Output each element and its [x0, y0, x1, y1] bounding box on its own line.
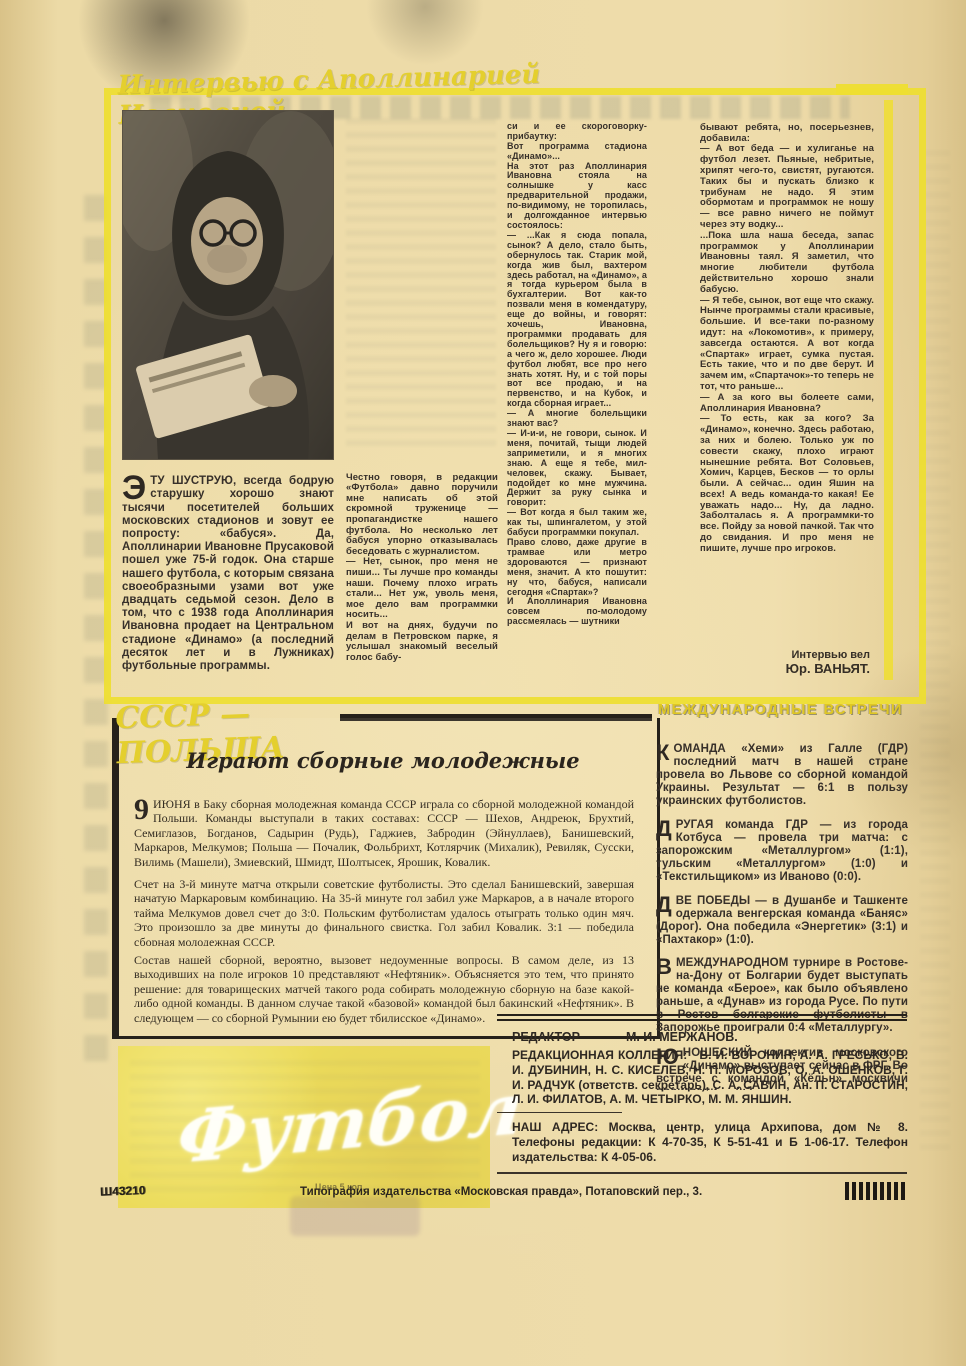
international-item-2: ДРУГАЯ команда ГДР — из города Котбуса —…: [656, 806, 908, 884]
dropcap-d2: Д: [656, 895, 672, 915]
interview-text-4: бывают ребята, но, посерьезнев, добавила…: [700, 122, 874, 554]
title-dash: [836, 84, 908, 95]
interview-text-3: си и ее скороговорку-прибаутку: Вот прог…: [507, 121, 647, 626]
international-item-4: ВМЕЖДУНАРОДНОМ турнире в Ростове-на-Дону…: [656, 944, 908, 1036]
international-title: МЕЖДУНАРОДНЫЕ ВСТРЕЧИ: [658, 702, 910, 718]
editorial-board: РЕДАКЦИОННАЯ КОЛЛЕГИЯ: В. И. ВОРОНИН, А.…: [512, 1048, 908, 1110]
dropcap-v: В: [656, 957, 672, 977]
editor-label: РЕДАКТОР: [512, 1030, 580, 1044]
intl-text-2: РУГАЯ команда ГДР — из города Котбуса — …: [656, 819, 908, 883]
masthead-rule-bottom: [497, 1172, 907, 1174]
interview-column-a: Честно говоря, в редакции «Футбола» давн…: [346, 462, 498, 690]
intl-text-4: МЕЖДУНАРОДНОМ турнире в Ростове-на-Дону …: [656, 957, 908, 1034]
editor-line: РЕДАКТОР М. И. МЕРЖАНОВ.: [512, 1030, 908, 1044]
international-item-1: КОМАНДА «Хеми» из Галле (ГДР) последний …: [656, 730, 908, 808]
ussr-poland-headline: Играют сборные молодежные: [130, 748, 636, 773]
masthead-rule-top: [497, 1014, 907, 1021]
photo-apollinaria-ivanovna: [122, 110, 334, 460]
interview-byline: Интервью вел Юр. ВАНЬЯТ.: [700, 648, 870, 676]
ussr-p1-text: ИЮНЯ в Баку сборная молодежная команда С…: [134, 797, 634, 869]
byline-name: Юр. ВАНЬЯТ.: [700, 662, 870, 676]
interview-column-under-photo: ЭТУ ШУСТРУЮ, всегда бодрую старушку хоро…: [122, 462, 334, 690]
ink-stamp: [290, 1196, 420, 1236]
ussr-poland-paragraph-2: Счет на 3-й минуте матча открыли советск…: [134, 862, 634, 946]
intl-text-1: ОМАНДА «Хеми» из Галле (ГДР) последний м…: [656, 743, 908, 807]
masthead-rule-mid: [497, 1112, 622, 1113]
intl-text-3: ВЕ ПОБЕДЫ — в Душанбе и Ташкенте одержал…: [656, 895, 908, 946]
newspaper-page: Интервью с Аполлинарией Ивановной: [0, 0, 966, 1366]
interview-frame-stripe: [884, 100, 893, 680]
dropcap-k: К: [656, 743, 670, 763]
international-item-3: ДВЕ ПОБЕДЫ — в Душанбе и Ташкенте одержа…: [656, 882, 908, 946]
interview-text-2: Честно говоря, в редакции «Футбола» давн…: [346, 472, 498, 663]
registration-marks: [845, 1182, 907, 1200]
board-label: РЕДАКЦИОННАЯ КОЛЛЕГИЯ:: [512, 1048, 687, 1062]
ussr-p2-text: Счет на 3-й минуте матча открыли советск…: [134, 877, 634, 946]
print-code: Ш43210: [100, 1183, 146, 1199]
interview-column-b: си и ее скороговорку-прибаутку: Вот прог…: [507, 112, 647, 688]
interview-column-c: бывают ребята, но, посерьезнев, добавила…: [700, 112, 874, 644]
print-line: Типография издательства «Московская прав…: [300, 1186, 780, 1198]
interview-text-1: ТУ ШУСТРУЮ, всегда бодрую старушку хорош…: [122, 475, 334, 672]
dropcap-9: 9: [134, 797, 149, 823]
dropcap-d1: Д: [656, 819, 672, 839]
photo-illustration: [123, 111, 333, 459]
byline-role: Интервью вел: [700, 648, 870, 662]
editor-name: М. И. МЕРЖАНОВ.: [626, 1030, 738, 1044]
dropcap-e: Э: [122, 475, 146, 501]
